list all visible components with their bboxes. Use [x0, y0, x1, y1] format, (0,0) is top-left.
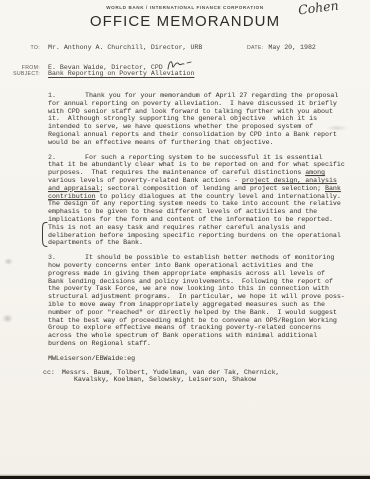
paragraph: 2.For such a reporting system to be succ…	[48, 154, 354, 248]
paragraph: 1.Thank you for your memorandum of April…	[48, 92, 354, 147]
paragraph: 3.It should be possible to establish bet…	[48, 254, 354, 348]
typed-line: the poverty Task Force, we are now looki…	[48, 285, 354, 293]
drafter-initials-line: MWLeiserson/EBWaide:eg	[48, 355, 354, 363]
typed-line: across the whole spectrum of Bank operat…	[48, 332, 354, 340]
typed-line: would be an effective means of furtherin…	[48, 139, 354, 147]
paragraph-number: 2.	[48, 154, 56, 162]
paragraph-number: 1.	[48, 92, 56, 100]
typed-line: number of poor "reached" or directly hel…	[48, 309, 354, 317]
subject-row: SUBJECT: Bank Reporting on Poverty Allev…	[8, 70, 194, 77]
scan-smudge	[4, 258, 13, 265]
typed-line: various levels of poverty-related Bank a…	[48, 177, 354, 185]
paragraph-number: 3.	[48, 254, 56, 262]
typed-line: It should be possible to establish bette…	[48, 254, 354, 262]
typed-line: departments of the Bank.	[48, 239, 354, 247]
typed-line: how poverty concerns enter into Bank ope…	[48, 262, 354, 270]
typed-line: and appraisal; sectoral composition of l…	[48, 185, 354, 193]
typed-line: progress made in giving them appropriate…	[48, 270, 354, 278]
typed-line: Regional annual reports and their consol…	[48, 131, 354, 139]
typed-line: implications for the form and content of…	[48, 216, 354, 224]
handwritten-margin-bracket-icon	[39, 221, 48, 248]
date-row: DATE: May 20, 1982	[247, 44, 316, 51]
date-value: May 20, 1982	[268, 44, 315, 51]
typed-line: structural adjustment programs. In parti…	[48, 293, 354, 301]
scan-smudge	[326, 125, 348, 131]
typed-line: for annual reporting on poverty alleviat…	[48, 100, 354, 108]
typed-line: The design of any reporting system needs…	[48, 200, 354, 208]
typed-line: purposes. That requires the maintenance …	[48, 169, 354, 177]
to-label: TO:	[8, 45, 40, 51]
underlined-phrase: contribution	[48, 193, 95, 200]
typed-line: burdens on Regional staff.	[48, 340, 354, 348]
underlined-phrase: and appraisal	[48, 185, 99, 192]
cc-label: cc:	[43, 369, 55, 377]
underlined-phrase: Bank	[325, 185, 341, 192]
memo-body: 1.Thank you for your memorandum of April…	[48, 92, 354, 384]
to-row: TO: Mr. Anthony A. Churchill, Director, …	[8, 44, 202, 51]
typed-line: that it be abundantly clear what is to b…	[48, 161, 354, 169]
date-label: DATE:	[247, 45, 263, 51]
typed-line: This is not an easy task and requires ra…	[48, 224, 354, 232]
cc-block: cc:Messrs. Baum, Tolbert, Yudelman, van …	[43, 369, 349, 385]
scan-smudge	[2, 314, 13, 323]
typed-line: ible to move away from inappropriately a…	[48, 301, 354, 309]
cc-names: Messrs. Baum, Tolbert, Yudelman, van der…	[62, 369, 280, 385]
to-value: Mr. Anthony A. Churchill, Director, URB	[48, 44, 202, 51]
from-row: FROM: E. Bevan Waide, Director, CPD	[8, 57, 192, 71]
memo-title: OFFICE MEMORANDUM	[0, 13, 370, 30]
memo-scan-page: WORLD BANK / INTERNATIONAL FINANCE CORPO…	[0, 0, 370, 479]
typed-line: Thank you for your memorandum of April 2…	[48, 92, 354, 100]
typed-line: intended to serve, we have questions whe…	[48, 123, 354, 131]
subject-label: SUBJECT:	[8, 71, 40, 77]
typed-line: emphasis to be given to these different …	[48, 208, 354, 216]
cc-line: Kavalsky, Koelman, Selowsky, Leiserson, …	[62, 376, 280, 384]
subject-value: Bank Reporting on Poverty Alleviation	[48, 70, 194, 77]
typed-line: Group to explore effective means of trac…	[48, 324, 354, 332]
underlined-phrase: project design, analysis	[242, 177, 337, 184]
underlined-phrase: among	[305, 169, 325, 176]
